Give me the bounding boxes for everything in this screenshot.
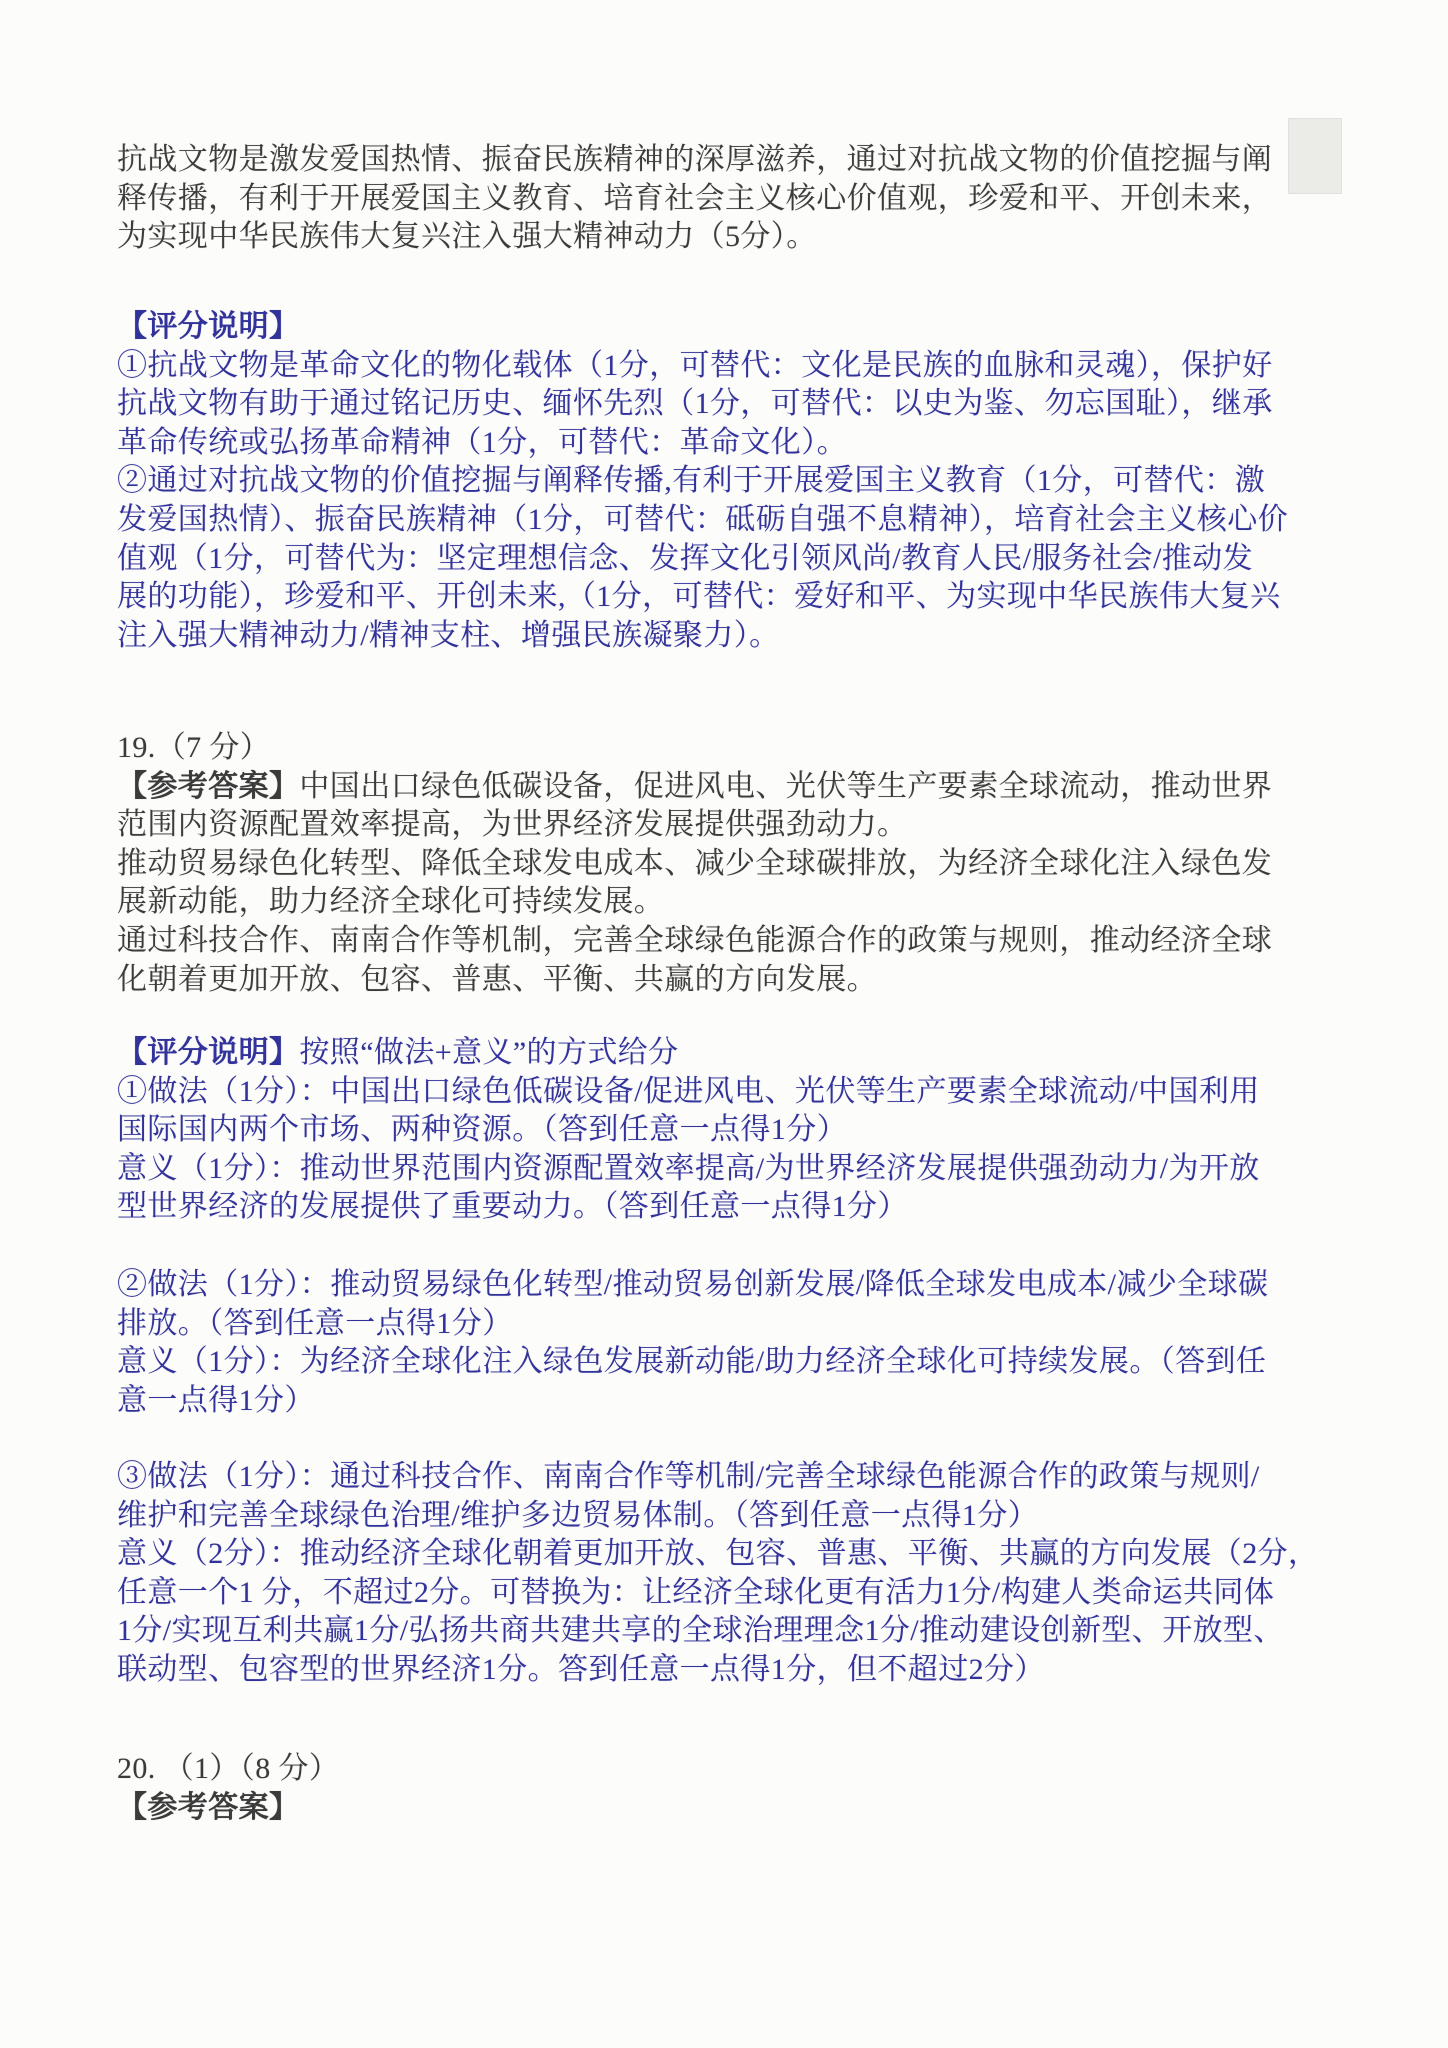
text-line: 维护和完善全球绿色治理/维护多边贸易体制。（答到任意一点得1分） [117, 1497, 1318, 1536]
text-line: 范围内资源配置效率提高，为世界经济发展提供强劲动力。 [117, 806, 1272, 845]
text-line: 【评分说明】按照“做法+意义”的方式给分 [117, 1034, 1260, 1073]
question-number: 20. （1）（8 分） [117, 1750, 339, 1789]
text-line: 意义（1分）：推动世界范围内资源配置效率提高/为世界经济发展提供强劲动力/为开放 [117, 1150, 1260, 1189]
text-line: 化朝着更加开放、包容、普惠、平衡、共赢的方向发展。 [117, 961, 1272, 1000]
exam-answer-page: 抗战文物是激发爱国热情、振奋民族精神的深厚滋养，通过对抗战文物的价值挖掘与阐 释… [0, 0, 1448, 2048]
text-line: ①抗战文物是革命文化的物化载体（1分，可替代：文化是民族的血脉和灵魂），保护好 [117, 347, 1288, 386]
text-line: 发爱国热情）、振奋民族精神（1分，可替代：砥砺自强不息精神），培育社会主义核心价 [117, 501, 1288, 540]
text-line: 通过科技合作、南南合作等机制，完善全球绿色能源合作的政策与规则，推动经济全球 [117, 922, 1272, 961]
text-line: 抗战文物是激发爱国热情、振奋民族精神的深厚滋养，通过对抗战文物的价值挖掘与阐 [117, 141, 1272, 180]
text-line: ②通过对抗战文物的价值挖掘与阐释传播,有利于开展爱国主义教育（1分，可替代：激 [117, 462, 1288, 501]
text-line: 任意一个1 分，不超过2分。可替换为：让经济全球化更有活力1分/构建人类命运共同… [117, 1574, 1318, 1613]
text-line: 推动贸易绿色化转型、降低全球发电成本、减少全球碳排放，为经济全球化注入绿色发 [117, 845, 1272, 884]
answer-label: 【参考答案】 [117, 1789, 339, 1828]
text-line: 意义（1分）：为经济全球化注入绿色发展新动能/助力经济全球化可持续发展。（答到任 [117, 1343, 1268, 1382]
text-line: 国际国内两个市场、两种资源。（答到任意一点得1分） [117, 1111, 1260, 1150]
text-line: 意义（2分）：推动经济全球化朝着更加开放、包容、普惠、平衡、共赢的方向发展（2分… [117, 1535, 1318, 1574]
text-line: 1分/实现互利共赢1分/弘扬共商共建共享的全球治理理念1分/推动建设创新型、开放… [117, 1612, 1318, 1651]
text-line: 【参考答案】中国出口绿色低碳设备，促进风电、光伏等生产要素全球流动，推动世界 [117, 768, 1272, 807]
text-line: 排放。（答到任意一点得1分） [117, 1305, 1268, 1344]
text-line: 革命传统或弘扬革命精神（1分，可替代：革命文化）。 [117, 424, 1288, 463]
answer-text: 中国出口绿色低碳设备，促进风电、光伏等生产要素全球流动，推动世界 [299, 770, 1272, 803]
scoring-notes-19-part2: ②做法（1分）：推动贸易绿色化转型/推动贸易创新发展/降低全球发电成本/减少全球… [117, 1266, 1268, 1420]
text-line: 释传播，有利于开展爱国主义教育、培育社会主义核心价值观，珍爱和平、开创未来， [117, 180, 1272, 219]
scoring-header: 【评分说明】 [117, 308, 1288, 347]
scoring-header: 【评分说明】 [117, 1036, 299, 1069]
question-19-answer: 19.（7 分） 【参考答案】中国出口绿色低碳设备，促进风电、光伏等生产要素全球… [117, 729, 1272, 999]
scoring-header-note: 按照“做法+意义”的方式给分 [299, 1036, 678, 1069]
scoring-notes-18: 【评分说明】 ①抗战文物是革命文化的物化载体（1分，可替代：文化是民族的血脉和灵… [117, 308, 1288, 655]
scoring-notes-19-part3: ③做法（1分）：通过科技合作、南南合作等机制/完善全球绿色能源合作的政策与规则/… [117, 1458, 1318, 1690]
scan-artifact [1288, 118, 1342, 194]
question-number: 19.（7 分） [117, 729, 1272, 768]
text-line: 展新动能，助力经济全球化可持续发展。 [117, 883, 1272, 922]
text-line: 意一点得1分） [117, 1382, 1268, 1421]
scoring-notes-19-part1: 【评分说明】按照“做法+意义”的方式给分 ①做法（1分）：中国出口绿色低碳设备/… [117, 1034, 1260, 1227]
text-line: ②做法（1分）：推动贸易绿色化转型/推动贸易创新发展/降低全球发电成本/减少全球… [117, 1266, 1268, 1305]
answer-18-tail: 抗战文物是激发爱国热情、振奋民族精神的深厚滋养，通过对抗战文物的价值挖掘与阐 释… [117, 141, 1272, 257]
text-line: 型世界经济的发展提供了重要动力。（答到任意一点得1分） [117, 1188, 1260, 1227]
text-line: 展的功能），珍爱和平、开创未来,（1分，可替代：爱好和平、为实现中华民族伟大复兴 [117, 578, 1288, 617]
answer-label: 【参考答案】 [117, 770, 299, 803]
text-line: 注入强大精神动力/精神支柱、增强民族凝聚力）。 [117, 617, 1288, 656]
text-line: 为实现中华民族伟大复兴注入强大精神动力（5分）。 [117, 218, 1272, 257]
text-line: 抗战文物有助于通过铭记历史、缅怀先烈（1分，可替代：以史为鉴、勿忘国耻），继承 [117, 385, 1288, 424]
text-line: ①做法（1分）：中国出口绿色低碳设备/促进风电、光伏等生产要素全球流动/中国利用 [117, 1073, 1260, 1112]
text-line: ③做法（1分）：通过科技合作、南南合作等机制/完善全球绿色能源合作的政策与规则/ [117, 1458, 1318, 1497]
text-line: 联动型、包容型的世界经济1分。答到任意一点得1分，但不超过2分） [117, 1651, 1318, 1690]
question-20-heading: 20. （1）（8 分） 【参考答案】 [117, 1750, 339, 1827]
text-line: 值观（1分，可替代为：坚定理想信念、发挥文化引领风尚/教育人民/服务社会/推动发 [117, 540, 1288, 579]
